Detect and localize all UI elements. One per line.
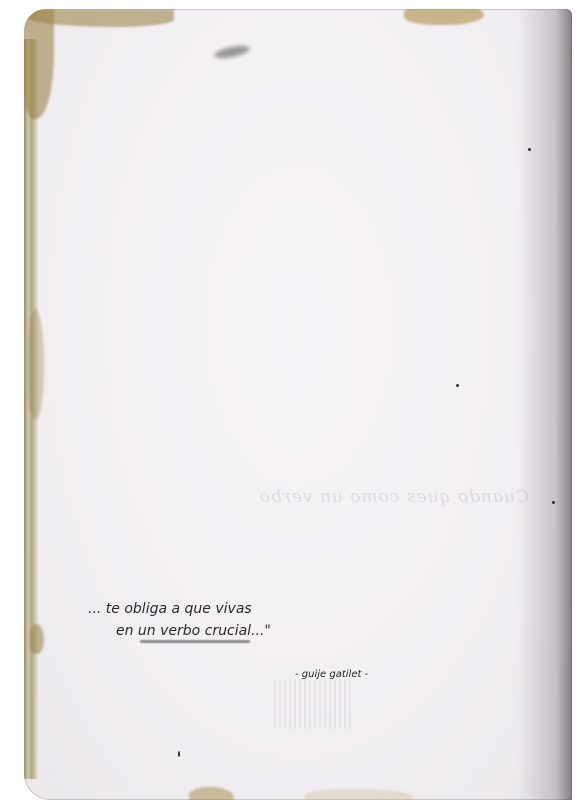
coffee-stain-left-margin [28, 309, 44, 419]
mirrored-showthrough-text: Cuando ques como un verbo [119, 487, 529, 507]
speck [178, 751, 180, 757]
ink-smudge [213, 43, 250, 60]
handwritten-quote: ... te obliga a que vivas en un verbo cr… [88, 598, 388, 642]
quote-signature: - guije gatilet - [295, 669, 368, 680]
quote-line-1: ... te obliga a que vivas [88, 598, 388, 620]
quote-line-2: en un verbo crucial..." [88, 620, 388, 642]
coffee-stain-bottom-left [189, 787, 234, 800]
notebook-page: Cuando ques como un verbo [24, 9, 572, 800]
quote-underline [140, 640, 250, 643]
speck [552, 501, 555, 504]
coffee-stain-bottom-center [304, 789, 414, 800]
speck [456, 384, 459, 387]
coffee-stain-left-lower [30, 624, 44, 654]
coffee-stain-left-corner [24, 9, 54, 119]
showthrough-barcode [274, 679, 354, 729]
coffee-stain-top-right [404, 9, 484, 25]
speck [528, 148, 531, 151]
